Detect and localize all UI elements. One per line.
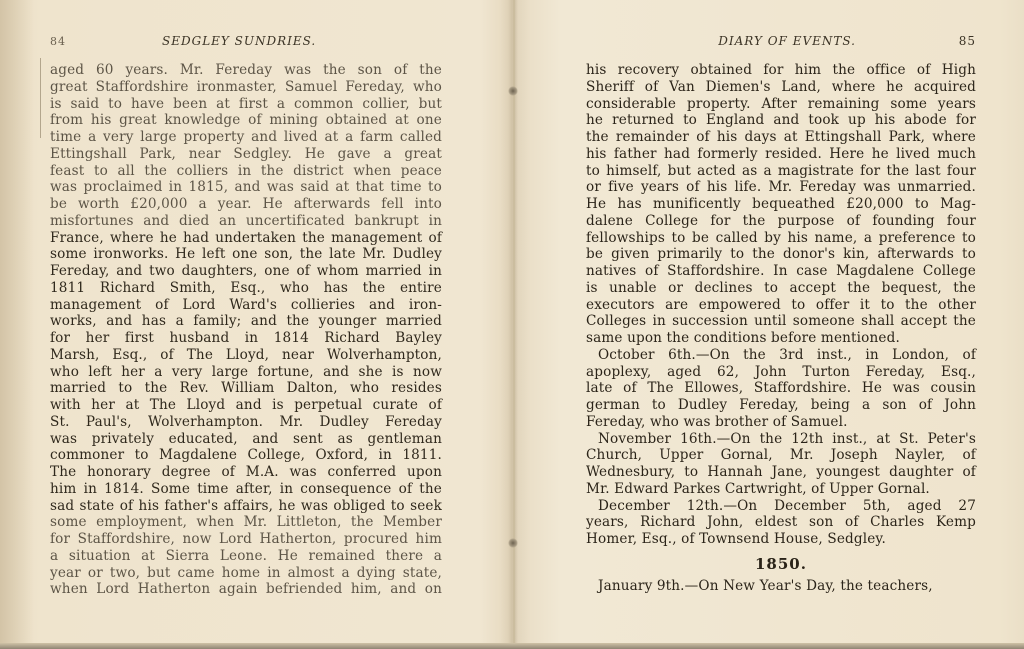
- text-line: Church, Upper Gornal, Mr. Joseph Nayler,…: [586, 447, 976, 464]
- text-line: some ironworks. He left one son, the lat…: [50, 246, 442, 263]
- text-line: is unable or declines to accept the bequ…: [586, 280, 976, 297]
- text-line: misfortunes and died an uncertificated b…: [50, 213, 442, 230]
- margin-pencil-mark: [40, 58, 41, 138]
- text-line: from his great knowledge of mining obtai…: [50, 112, 442, 129]
- page-body: aged 60 years. Mr. Fereday was the son o…: [50, 62, 442, 598]
- text-line: same upon the conditions before mentione…: [586, 330, 976, 347]
- text-line: was privately educated, and sent as gent…: [50, 431, 442, 448]
- running-title: SEDGLEY SUNDRIES.: [162, 34, 316, 48]
- year-heading: 1850.: [586, 556, 976, 578]
- left-page: 84 SEDGLEY SUNDRIES. aged 60 years. Mr. …: [50, 34, 442, 598]
- text-line: be given primarily to the donor's kin, a…: [586, 246, 976, 263]
- right-page: DIARY OF EVENTS. 85 his recovery obtaine…: [586, 34, 976, 595]
- text-line: Ettingshall Park, near Sedgley. He gave …: [50, 146, 442, 163]
- diary-entry-december: December 12th.—On December 5th, aged 27: [586, 498, 976, 515]
- text-line: Homer, Esq., of Townsend House, Sedgley.: [586, 531, 976, 548]
- text-line: years, Richard John, eldest son of Charl…: [586, 514, 976, 531]
- book-spread: 84 SEDGLEY SUNDRIES. aged 60 years. Mr. …: [0, 0, 1024, 649]
- text-line: when Lord Hatherton again befriended him…: [50, 581, 442, 598]
- text-line: works, and has a family; and the younger…: [50, 313, 442, 330]
- text-line: german to Dudley Fereday, being a son of…: [586, 397, 976, 414]
- text-line: considerable property. After remaining s…: [586, 96, 976, 113]
- text-line: to himself, but acted as a magistrate fo…: [586, 163, 976, 180]
- text-line: his father had formerly resided. Here he…: [586, 146, 976, 163]
- text-line: late of The Ellowes, Staffordshire. He w…: [586, 380, 976, 397]
- text-line: feast to all the colliers in the distric…: [50, 163, 442, 180]
- text-line: Fereday, who was brother of Samuel.: [586, 414, 976, 431]
- diary-entry-january: January 9th.—On New Year's Day, the teac…: [586, 578, 976, 595]
- text-line: dalene College for the purpose of foundi…: [586, 213, 976, 230]
- text-line: 1811 Richard Smith, Esq., who has the en…: [50, 280, 442, 297]
- text-line: some employment, when Mr. Littleton, the…: [50, 514, 442, 531]
- text-line: is said to have been at first a common c…: [50, 96, 442, 113]
- text-line: apoplexy, aged 62, John Turton Fereday, …: [586, 364, 976, 381]
- page-body: his recovery obtained for him the office…: [586, 62, 976, 595]
- text-line: Colleges in succession until someone sha…: [586, 313, 976, 330]
- text-line: or five years of his life. Mr. Fereday w…: [586, 179, 976, 196]
- running-header: DIARY OF EVENTS. 85: [586, 34, 976, 54]
- running-title: DIARY OF EVENTS.: [718, 34, 856, 48]
- running-header: 84 SEDGLEY SUNDRIES.: [50, 34, 442, 54]
- text-line: him in 1814. Some time after, in consequ…: [50, 481, 442, 498]
- text-line: commoner to Magdalene College, Oxford, i…: [50, 447, 442, 464]
- text-line: for her first husband in 1814 Richard Ba…: [50, 330, 442, 347]
- text-line: The honorary degree of M.A. was conferre…: [50, 464, 442, 481]
- text-line: France, where he had undertaken the mana…: [50, 230, 442, 247]
- text-line: the remainder of his days at Ettingshall…: [586, 129, 976, 146]
- text-line: natives of Staffordshire. In case Magdal…: [586, 263, 976, 280]
- binding-stitch-icon: [508, 538, 518, 548]
- text-line: management of Lord Ward's collieries and…: [50, 297, 442, 314]
- text-line: for Staffordshire, now Lord Hatherton, p…: [50, 531, 442, 548]
- text-line: his recovery obtained for him the office…: [586, 62, 976, 79]
- text-line: great Staffordshire ironmaster, Samuel F…: [50, 79, 442, 96]
- text-line: was proclaimed in 1815, and was said at …: [50, 179, 442, 196]
- text-line: fellowships to be called by his name, a …: [586, 230, 976, 247]
- text-line: time a very large property and lived at …: [50, 129, 442, 146]
- text-line: aged 60 years. Mr. Fereday was the son o…: [50, 62, 442, 79]
- text-line: with her at The Lloyd and is perpetual c…: [50, 397, 442, 414]
- book-bottom-edge: [0, 643, 1024, 649]
- text-line: year or two, but came home in almost a d…: [50, 565, 442, 582]
- text-line: Mr. Edward Parkes Cartwright, of Upper G…: [586, 481, 976, 498]
- text-line: who left her a very large fortune, and s…: [50, 364, 442, 381]
- binding-stitch-icon: [508, 86, 518, 96]
- diary-entry-november: November 16th.—On the 12th inst., at St.…: [586, 431, 976, 448]
- text-line: he returned to England and took up his a…: [586, 112, 976, 129]
- diary-entry-october: October 6th.—On the 3rd inst., in London…: [586, 347, 976, 364]
- page-number: 84: [50, 35, 162, 48]
- page-edge-shade: [0, 0, 34, 643]
- page-number: 85: [956, 34, 976, 48]
- text-line: sad state of his father's affairs, he wa…: [50, 498, 442, 515]
- text-line: married to the Rev. William Dalton, who …: [50, 380, 442, 397]
- text-line: He has munificently bequeathed £20,000 t…: [586, 196, 976, 213]
- text-line: Wednesbury, to Hannah Jane, youngest dau…: [586, 464, 976, 481]
- text-line: be worth £20,000 a year. He afterwards f…: [50, 196, 442, 213]
- text-line: Marsh, Esq., of The Lloyd, near Wolverha…: [50, 347, 442, 364]
- text-line: Fereday, and two daughters, one of whom …: [50, 263, 442, 280]
- text-line: St. Paul's, Wolverhampton. Mr. Dudley Fe…: [50, 414, 442, 431]
- text-line: a situation at Sierra Leone. He remained…: [50, 548, 442, 565]
- text-line: Sheriff of Van Diemen's Land, where he a…: [586, 79, 976, 96]
- text-line: executors are empowered to offer it to t…: [586, 297, 976, 314]
